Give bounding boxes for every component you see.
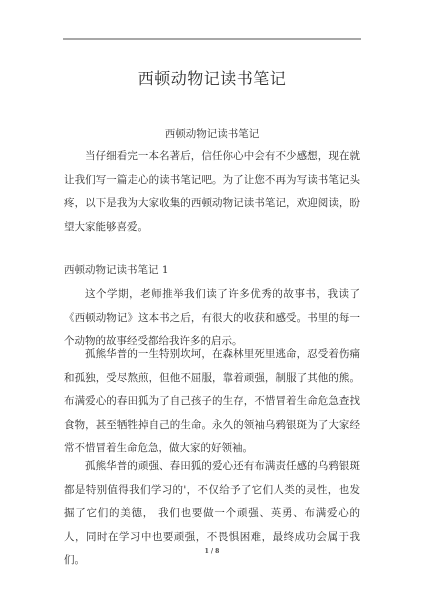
document-title: 西顿动物记读书笔记	[0, 66, 424, 89]
document-subtitle: 西顿动物记读书笔记	[0, 126, 424, 141]
intro-paragraph: 当仔细看完一本名著后，信任你心中会有不少感想，现在就让我们写一篇走心的读书笔记吧…	[64, 145, 360, 239]
section-heading: 西顿动物记读书笔记 1	[64, 262, 169, 277]
body-paragraph-2: 孤熊华普的一生特别坎坷，在森林里死里逃命，忍受着伤痛和孤独，受尽熬煎，但他不屈服…	[64, 343, 360, 461]
page-number: 1 / 8	[0, 548, 424, 555]
header-divider	[63, 38, 361, 40]
